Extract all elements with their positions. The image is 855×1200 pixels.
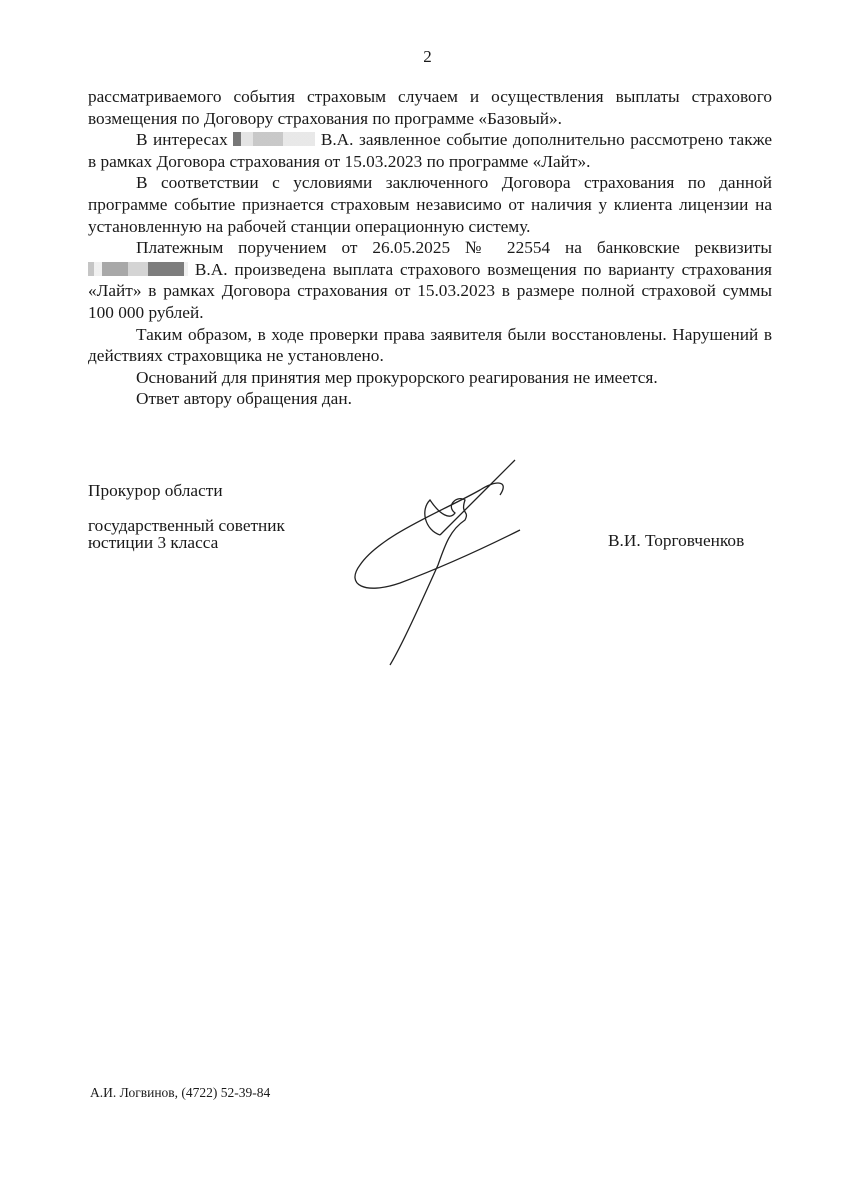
signer-position: Прокурор области	[88, 482, 223, 500]
paragraph-interests: В интересах В.А. заявленное событие допо…	[88, 129, 772, 172]
paragraph-text: Платежным поручением от 26.05.2025 № 225…	[136, 238, 772, 257]
paragraph-payment: Платежным поручением от 26.05.2025 № 225…	[88, 237, 772, 323]
executor-contact: А.И. Логвинов, (4722) 52-39-84	[90, 1085, 270, 1101]
letter-body: рассматриваемого события страховым случа…	[88, 86, 772, 410]
handwritten-signature-icon	[340, 455, 540, 670]
paragraph-text: В.А. произведена выплата страхового возм…	[88, 260, 772, 322]
paragraph-continuation: рассматриваемого события страховым случа…	[88, 86, 772, 129]
signer-rank-line2: юстиции 3 класса	[88, 534, 218, 552]
page-number: 2	[0, 47, 855, 67]
paragraph-answer-given: Ответ автору обращения дан.	[88, 388, 772, 410]
redacted-name	[233, 132, 315, 146]
paragraph-conclusion: Таким образом, в ходе проверки права зая…	[88, 324, 772, 367]
paragraph-conditions: В соответствии с условиями заключенного …	[88, 172, 772, 237]
signer-name: В.И. Торговченков	[608, 531, 744, 551]
paragraph-text: В интересах	[136, 130, 228, 149]
paragraph-no-grounds: Оснований для принятия мер прокурорского…	[88, 367, 772, 389]
redacted-name	[88, 262, 188, 276]
